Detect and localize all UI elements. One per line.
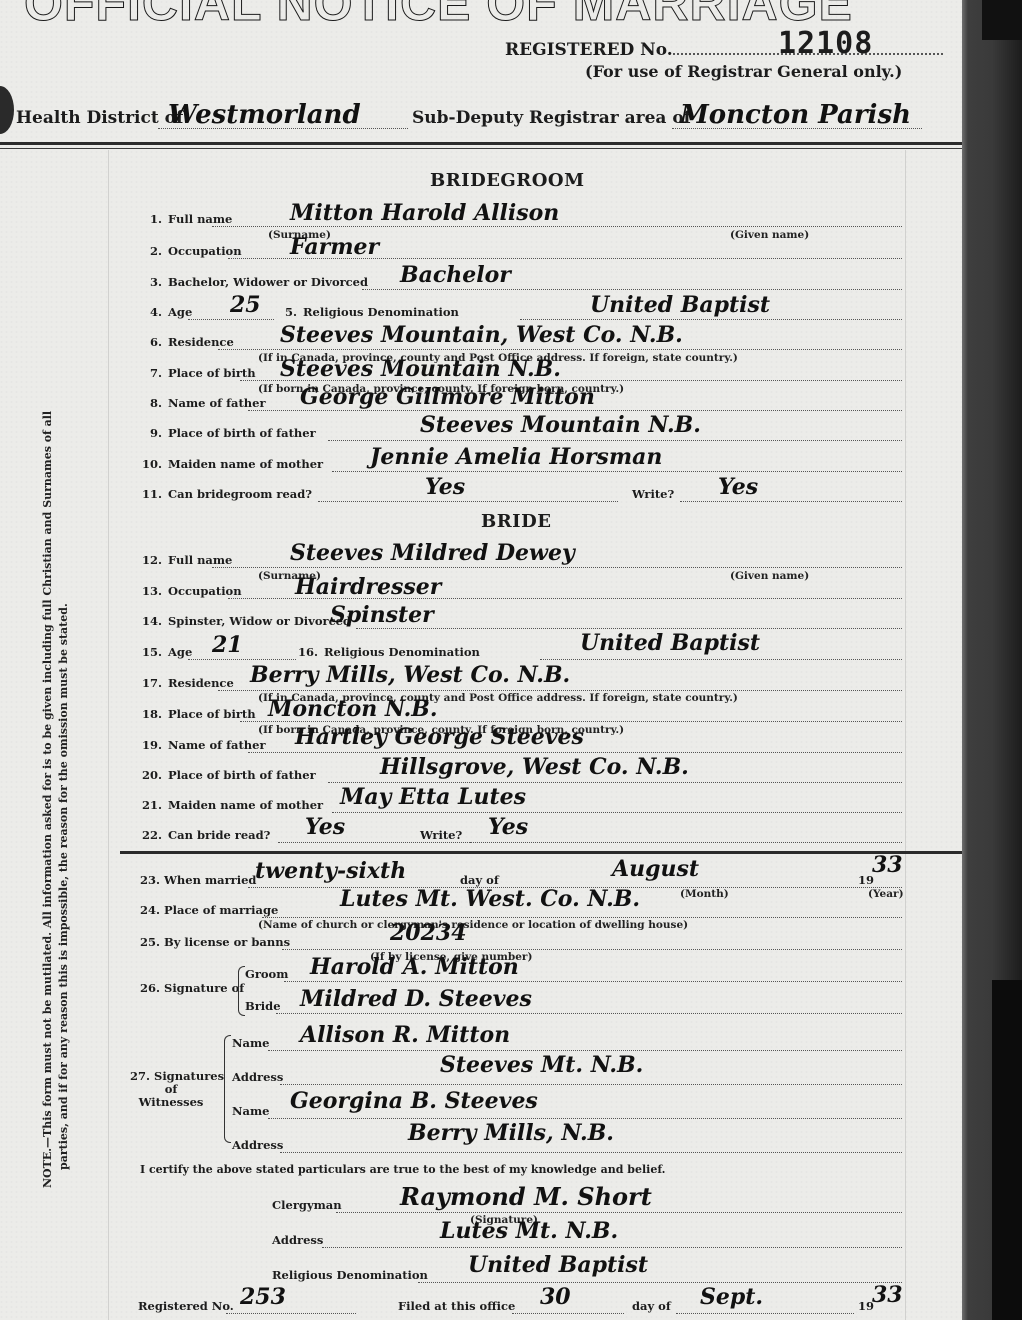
field-number: 14. [140,614,162,628]
witness1-address: Steeves Mt. N.B. [440,1052,643,1078]
field-label: Age [168,305,192,319]
footer-registered-no-value: 253 [240,1284,286,1310]
groom-write-label: Write? [632,487,674,501]
field-label: Residence [168,676,234,690]
witness2-address: Berry Mills, N.B. [408,1120,614,1146]
field-label: Bachelor, Widower or Divorced [168,275,368,289]
divider [120,851,962,854]
document-title: OFFICIAL NOTICE OF MARRIAGE [24,0,853,32]
dotted-leader [362,289,902,290]
groom-field-occupation: 2.Occupation [140,244,242,258]
bride-heading: BRIDE [481,511,551,532]
witnesses-label-line: Witnesses [130,1096,212,1109]
groom-status-value: Bachelor [400,262,511,288]
witness2-address-label: Address [232,1138,283,1152]
bride-can-write-value: Yes [488,814,528,840]
witness2-name: Georgina B. Steeves [290,1088,538,1114]
registered-no-label-text: REGISTERED No. [505,40,673,60]
field-number: 8. [140,396,162,410]
filed-year-value: 33 [872,1282,903,1308]
bride-residence-value: Berry Mills, West Co. N.B. [250,662,570,688]
sub-deputy-value: Moncton Parish [680,100,911,130]
health-district-row: Health District of [16,108,183,128]
groom-can-read-value: Yes [425,474,465,500]
field-number: 2. [140,244,162,258]
field-label: Religious Denomination [303,305,459,319]
witnesses-label: 27. Signatures of Witnesses [130,1070,212,1109]
marriage-notice-document: OFFICIAL NOTICE OF MARRIAGE REGISTERED N… [0,0,962,1320]
field-number: 7. [140,366,162,380]
bride-field-father-name: 19.Name of father [140,738,266,752]
bride-field-religion: 16.Religious Denomination [296,645,480,659]
groom-full-name-value: Mitton Harold Allison [290,200,559,226]
field-number: 21. [140,798,162,812]
field-number: 22. [140,828,162,842]
groom-field-age: 4.Age [140,305,192,319]
field-number: 17. [140,676,162,690]
dotted-leader [188,319,274,320]
field-number: 1. [140,212,162,226]
bride-field-birthplace: 18.Place of birth [140,707,256,721]
when-married-label: 23. When married [140,873,256,887]
groom-field-birthplace: 7.Place of birth [140,366,256,380]
field-number: 15. [140,645,162,659]
bride-field-can-read: 22.Can bride read? [140,828,270,842]
place-of-marriage-value: Lutes Mt. West. Co. N.B. [340,886,640,912]
groom-religion-value: United Baptist [590,292,770,318]
signature-of-label: 26. Signature of [140,981,244,995]
dotted-leader [418,1282,902,1283]
field-number: 5. [275,305,297,319]
bride-write-label: Write? [420,828,462,842]
sub-deputy-label: Sub-Deputy Registrar area of [412,108,691,128]
bride-field-age: 15.Age [140,645,192,659]
groom-birthplace-value: Steeves Mountain N.B. [280,356,561,382]
dotted-leader [280,1084,902,1085]
clergyman-denomination-value: United Baptist [468,1252,648,1278]
groom-field-status: 3.Bachelor, Widower or Divorced [140,275,368,289]
clergyman-denomination-label: Religious Denomination [272,1268,428,1282]
field-number: 16. [296,645,318,659]
bride-age-value: 21 [212,632,243,658]
groom-field-full-name: 1.Full name [140,212,232,226]
bride-can-read-value: Yes [305,814,345,840]
side-note-line: NOTE.—This form must not be mutilated. A… [40,411,56,1188]
dotted-leader [676,1313,854,1314]
field-number: 13. [140,584,162,598]
dotted-leader [262,917,902,918]
field-label: Place of birth of father [168,426,316,440]
bride-mother-maiden-name-value: May Etta Lutes [340,784,526,810]
dotted-leader [318,501,618,502]
license-label: 25. By license or banns [140,935,290,949]
bride-field-father-birthplace: 20.Place of birth of father [140,768,316,782]
field-label: Age [168,645,192,659]
bride-field-full-name: 12.Full name [140,553,232,567]
groom-field-mother-maiden-name: 10.Maiden name of mother [140,457,323,471]
registered-no-value: 12108 [778,26,873,61]
punch-hole [0,86,14,134]
registrar-note: (For use of Registrar General only.) [585,62,902,81]
filed-day-value: 30 [540,1284,571,1310]
field-number: 20. [140,768,162,782]
groom-mother-maiden-name-value: Jennie Amelia Horsman [370,444,662,470]
bride-occupation-value: Hairdresser [295,574,441,600]
clergyman-address-value: Lutes Mt. N.B. [440,1218,618,1244]
place-of-marriage-label: 24. Place of marriage [140,903,278,917]
ruling-line [108,150,109,1320]
field-number: 18. [140,707,162,721]
dotted-leader [284,981,902,982]
field-label: Religious Denomination [324,645,480,659]
bride-birthplace-value: Moncton N.B. [268,696,438,722]
dotted-leader [332,812,902,813]
bridegroom-heading: BRIDEGROOM [430,170,585,191]
side-note: NOTE.—This form must not be mutilated. A… [40,411,72,1188]
filed-month-value: Sept. [700,1284,763,1310]
field-number: 6. [140,335,162,349]
field-label: Maiden name of mother [168,457,323,471]
registered-no-label: REGISTERED No. [505,40,943,60]
witness2-name-label: Name [232,1104,269,1118]
bride-field-status: 14.Spinster, Widow or Divorced [140,614,351,628]
dotted-leader [328,440,902,441]
dotted-leader [218,349,902,350]
field-number: 3. [140,275,162,289]
groom-sig-label: Groom [245,967,288,981]
groom-age-value: 25 [230,292,261,318]
bride-signature: Mildred D. Steeves [300,986,532,1012]
bride-sig-label: Bride [245,999,281,1013]
health-district-label: Health District of [16,108,183,128]
ruling-line [905,150,906,1320]
bride-father-name-value: Hartley George Steeves [295,724,584,750]
groom-field-can-read: 11.Can bridegroom read? [140,487,312,501]
dotted-leader [188,659,296,660]
footer-registered-no-label: Registered No. [138,1299,234,1313]
groom-can-write-value: Yes [718,474,758,500]
dotted-leader [356,628,902,629]
field-label: Place of birth of father [168,768,316,782]
bride-full-name-value: Steeves Mildred Dewey [290,540,575,566]
side-note-line: parties, and if for any reason this is i… [56,411,72,1188]
bride-status-value: Spinster [330,602,434,628]
bride-field-residence: 17.Residence [140,676,234,690]
field-label: Occupation [168,584,242,598]
bride-religion-value: United Baptist [580,630,760,656]
field-label: Spinster, Widow or Divorced [168,614,351,628]
marriage-month-value: August [612,856,699,882]
field-label: Name of father [168,738,266,752]
dotted-leader [212,567,902,568]
dotted-leader [276,1013,902,1014]
groom-field-father-birthplace: 9.Place of birth of father [140,426,316,440]
bracket [238,966,245,1016]
field-label: Maiden name of mother [168,798,323,812]
day-of-label: day of [460,873,499,887]
field-number: 11. [140,487,162,501]
scan-border [962,0,1022,1320]
bride-father-birthplace-value: Hillsgrove, West Co. N.B. [380,754,689,780]
bride-field-mother-maiden-name: 21.Maiden name of mother [140,798,323,812]
field-label: Full name [168,553,232,567]
field-number: 12. [140,553,162,567]
groom-occupation-value: Farmer [290,234,379,260]
divider [0,142,962,145]
given-name-hint: (Given name) [730,229,809,241]
field-label: Can bride read? [168,828,270,842]
dotted-leader [322,1247,902,1248]
divider [0,148,962,149]
field-label: Place of birth [168,366,256,380]
given-name-hint: (Given name) [730,570,809,582]
groom-field-residence: 6.Residence [140,335,234,349]
clergyman-address-label: Address [272,1233,323,1247]
scan-artifact [992,980,1022,1320]
witness1-address-label: Address [232,1070,283,1084]
year-hint: (Year) [868,888,904,900]
dotted-leader [268,1050,902,1051]
filed-day-of-label: day of [632,1299,671,1313]
filed-label: Filed at this office [398,1299,515,1313]
groom-residence-value: Steeves Mountain, West Co. N.B. [280,322,683,348]
dotted-leader [218,690,902,691]
dotted-leader [332,471,902,472]
marriage-year-value: 33 [872,852,903,878]
witness1-name: Allison R. Mitton [300,1022,510,1048]
scan-artifact [982,0,1022,40]
certification-statement: I certify the above stated particulars a… [140,1163,666,1176]
dotted-leader [212,226,902,227]
field-number: 19. [140,738,162,752]
field-number: 10. [140,457,162,471]
clergyman-label: Clergyman [272,1198,342,1212]
place-hint: (Name of church or clergyman's residence… [258,919,688,931]
field-label: Occupation [168,244,242,258]
dotted-leader [282,949,902,950]
dotted-leader [280,1152,902,1153]
clergyman-signature: Raymond M. Short [400,1182,652,1211]
field-label: Can bridegroom read? [168,487,312,501]
field-label: Full name [168,212,232,226]
dotted-leader [520,319,902,320]
dotted-leader [470,842,902,843]
dotted-leader [328,782,902,783]
field-label: Residence [168,335,234,349]
license-number-value: 20234 [390,920,467,946]
witness1-name-label: Name [232,1036,269,1050]
groom-field-father-name: 8.Name of father [140,396,266,410]
health-district-value: Westmorland [168,100,361,130]
dotted-leader [680,501,902,502]
dotted-leader [248,752,902,753]
field-number: 4. [140,305,162,319]
dotted-leader [512,1313,624,1314]
field-label: Name of father [168,396,266,410]
dotted-leader [226,1313,356,1314]
dotted-leader [268,1118,902,1119]
bride-field-occupation: 13.Occupation [140,584,242,598]
groom-father-name-value: George Gillmore Mitton [300,384,595,410]
dotted-leader [248,410,902,411]
groom-signature: Harold A. Mitton [310,954,519,980]
marriage-day-value: twenty-sixth [255,858,406,884]
field-label: Place of birth [168,707,256,721]
field-number: 9. [140,426,162,440]
month-hint: (Month) [680,888,729,900]
dotted-leader [540,659,902,660]
groom-field-religion: 5.Religious Denomination [275,305,459,319]
dotted-leader [336,1212,902,1213]
groom-father-birthplace-value: Steeves Mountain N.B. [420,412,701,438]
bracket [224,1035,231,1143]
